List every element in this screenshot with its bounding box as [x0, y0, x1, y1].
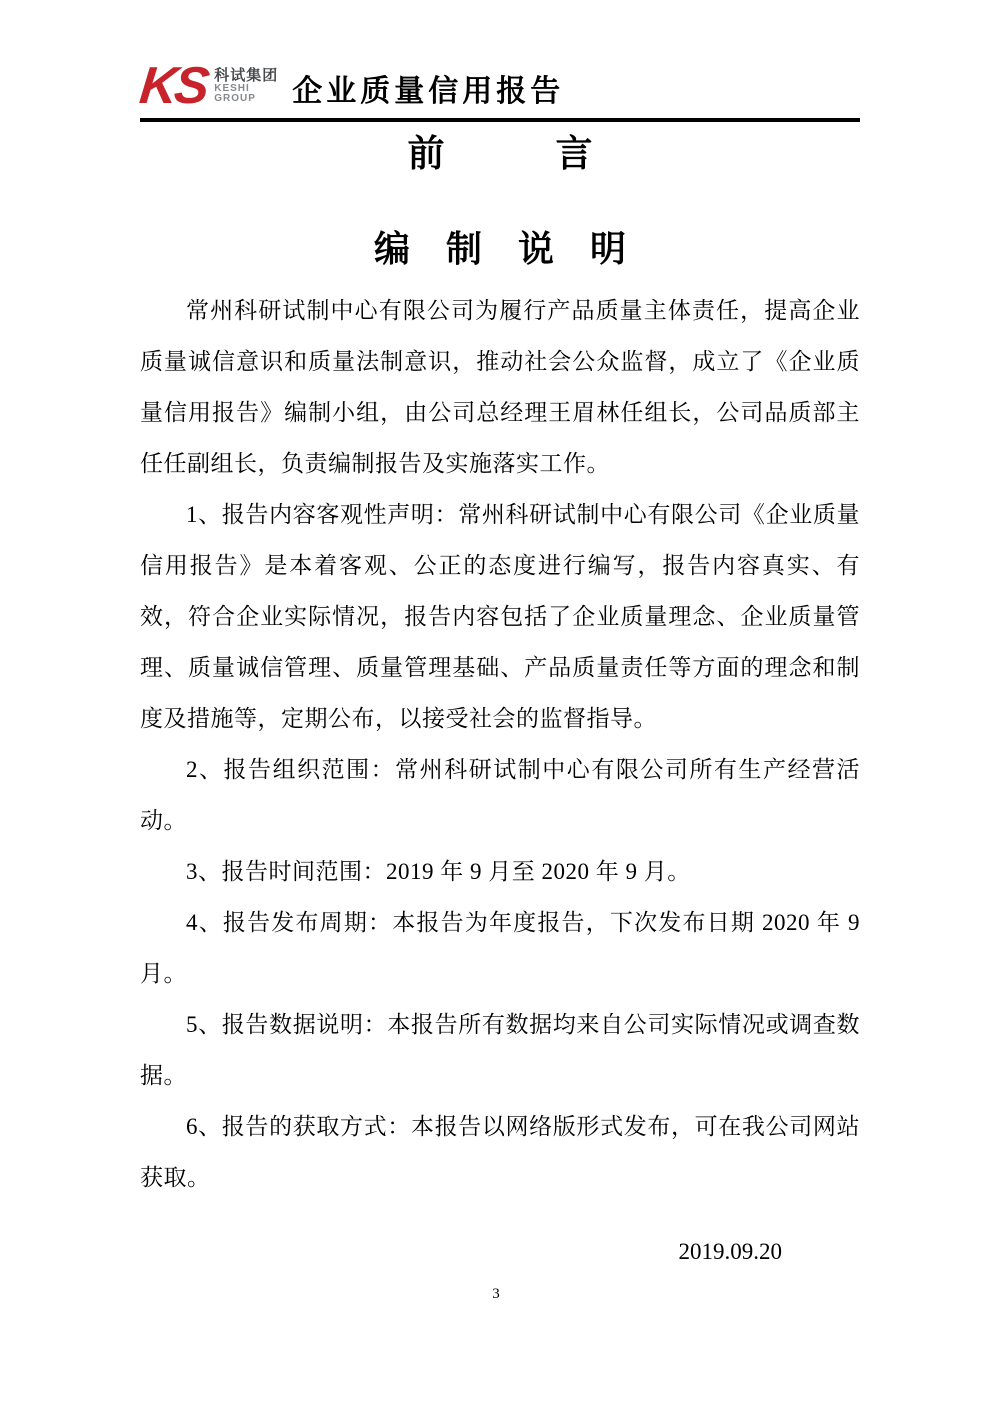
logo-text-block: 科试集团 KESHI GROUP — [214, 68, 278, 104]
document-page: KS 科试集团 KESHI GROUP 企业质量信用报告 前 言 编 制 说 明… — [0, 0, 992, 1403]
report-header-title: 企业质量信用报告 — [292, 66, 564, 110]
content-column: KS 科试集团 KESHI GROUP 企业质量信用报告 前 言 编 制 说 明… — [140, 0, 860, 1265]
preface-title: 前 言 — [140, 134, 860, 176]
paragraph: 4、报告发布周期：本报告为年度报告，下次发布日期 2020 年 9 月。 — [140, 897, 860, 999]
paragraph: 1、报告内容客观性声明：常州科研试制中心有限公司《企业质量信用报告》是本着客观、… — [140, 489, 860, 744]
header-divider-rule — [140, 118, 860, 122]
paragraph: 3、报告时间范围：2019 年 9 月至 2020 年 9 月。 — [140, 846, 860, 897]
report-date: 2019.09.20 — [140, 1239, 860, 1265]
ks-monogram-icon: KS — [137, 60, 209, 112]
page-number: 3 — [0, 1286, 992, 1303]
logo-company-name-cn: 科试集团 — [214, 68, 278, 84]
paragraph: 常州科研试制中心有限公司为履行产品质量主体责任，提高企业质量诚信意识和质量法制意… — [140, 285, 860, 489]
page-header: KS 科试集团 KESHI GROUP 企业质量信用报告 — [140, 60, 860, 112]
paragraph: 2、报告组织范围：常州科研试制中心有限公司所有生产经营活动。 — [140, 744, 860, 846]
logo-company-name-en-line2: GROUP — [214, 94, 278, 104]
section-title: 编 制 说 明 — [140, 229, 860, 269]
paragraph: 5、报告数据说明：本报告所有数据均来自公司实际情况或调查数据。 — [140, 999, 860, 1101]
keshi-group-logo: KS 科试集团 KESHI GROUP — [140, 60, 278, 112]
paragraph: 6、报告的获取方式：本报告以网络版形式发布，可在我公司网站获取。 — [140, 1101, 860, 1203]
body-text: 常州科研试制中心有限公司为履行产品质量主体责任，提高企业质量诚信意识和质量法制意… — [140, 285, 860, 1203]
